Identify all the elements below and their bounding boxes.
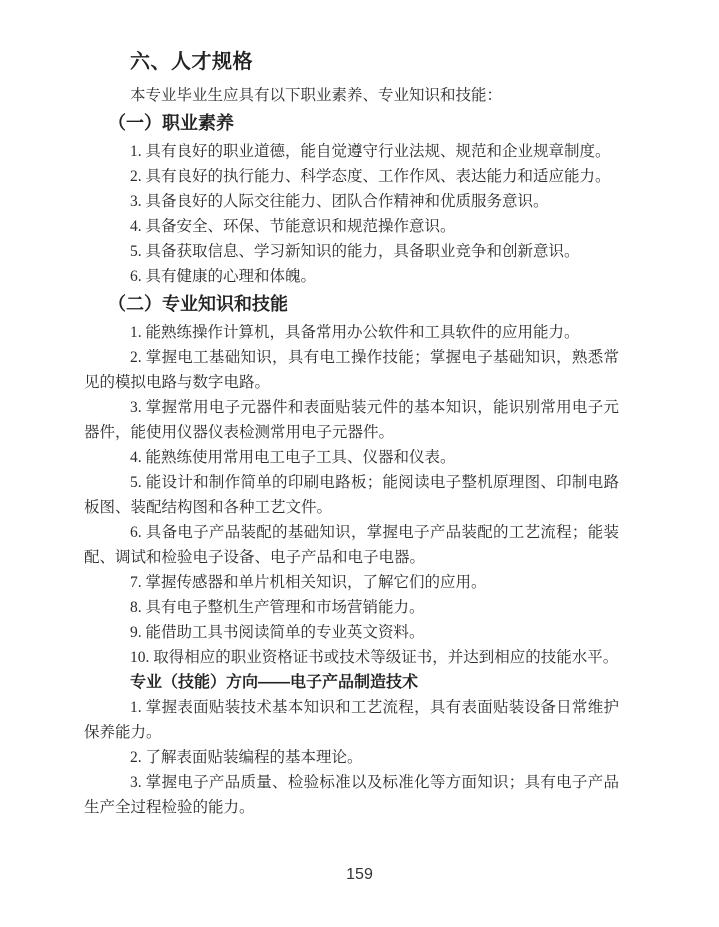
list-item: 4. 具备安全、环保、节能意识和规范操作意识。 [84,214,619,239]
list-item: 5. 具备获取信息、学习新知识的能力，具备职业竞争和创新意识。 [84,239,619,264]
list-item: 3. 具备良好的人际交往能力、团队合作精神和优质服务意识。 [84,189,619,214]
intro-paragraph: 本专业毕业生应具有以下职业素养、专业知识和技能： [84,83,619,108]
document-page: 六、人才规格 本专业毕业生应具有以下职业素养、专业知识和技能： （一）职业素养 … [0,0,719,927]
section-heading-knowledge-skills: （二）专业知识和技能 [108,292,619,317]
list-item: 6. 具有健康的心理和体魄。 [84,264,619,289]
list-item: 2. 了解表面贴装编程的基本理论。 [84,745,619,770]
list-item: 9. 能借助工具书阅读简单的专业英文资料。 [84,620,619,645]
list-item: 4. 能熟练使用常用电工电子工具、仪器和仪表。 [84,445,619,470]
list-item: 6. 具备电子产品装配的基础知识，掌握电子产品装配的工艺流程；能装配、调试和检验… [84,520,619,570]
list-item: 10. 取得相应的职业资格证书或技术等级证书，并达到相应的技能水平。 [84,645,619,670]
list-item: 5. 能设计和制作简单的印刷电路板；能阅读电子整机原理图、印制电路板图、装配结构… [84,470,619,520]
page-number: 159 [0,866,719,884]
list-item: 3. 掌握电子产品质量、检验标准以及标准化等方面知识；具有电子产品生产全过程检验… [84,770,619,820]
direction-heading: 专业（技能）方向——电子产品制造技术 [84,670,619,695]
list-item: 1. 具有良好的职业道德，能自觉遵守行业法规、规范和企业规章制度。 [84,139,619,164]
section-heading-professional-quality: （一）职业素养 [108,111,619,136]
list-item: 2. 具有良好的执行能力、科学态度、工作作风、表达能力和适应能力。 [84,164,619,189]
list-item: 1. 掌握表面贴装技术基本知识和工艺流程，具有表面贴装设备日常维护保养能力。 [84,695,619,745]
list-item: 8. 具有电子整机生产管理和市场营销能力。 [84,595,619,620]
list-item: 3. 掌握常用电子元器件和表面贴装元件的基本知识，能识别常用电子元器件，能使用仪… [84,395,619,445]
page-title: 六、人才规格 [130,48,619,76]
document-content: 六、人才规格 本专业毕业生应具有以下职业素养、专业知识和技能： （一）职业素养 … [84,48,619,820]
list-item: 1. 能熟练操作计算机，具备常用办公软件和工具软件的应用能力。 [84,320,619,345]
list-item: 2. 掌握电工基础知识，具有电工操作技能；掌握电子基础知识，熟悉常见的模拟电路与… [84,345,619,395]
list-item: 7. 掌握传感器和单片机相关知识，了解它们的应用。 [84,570,619,595]
